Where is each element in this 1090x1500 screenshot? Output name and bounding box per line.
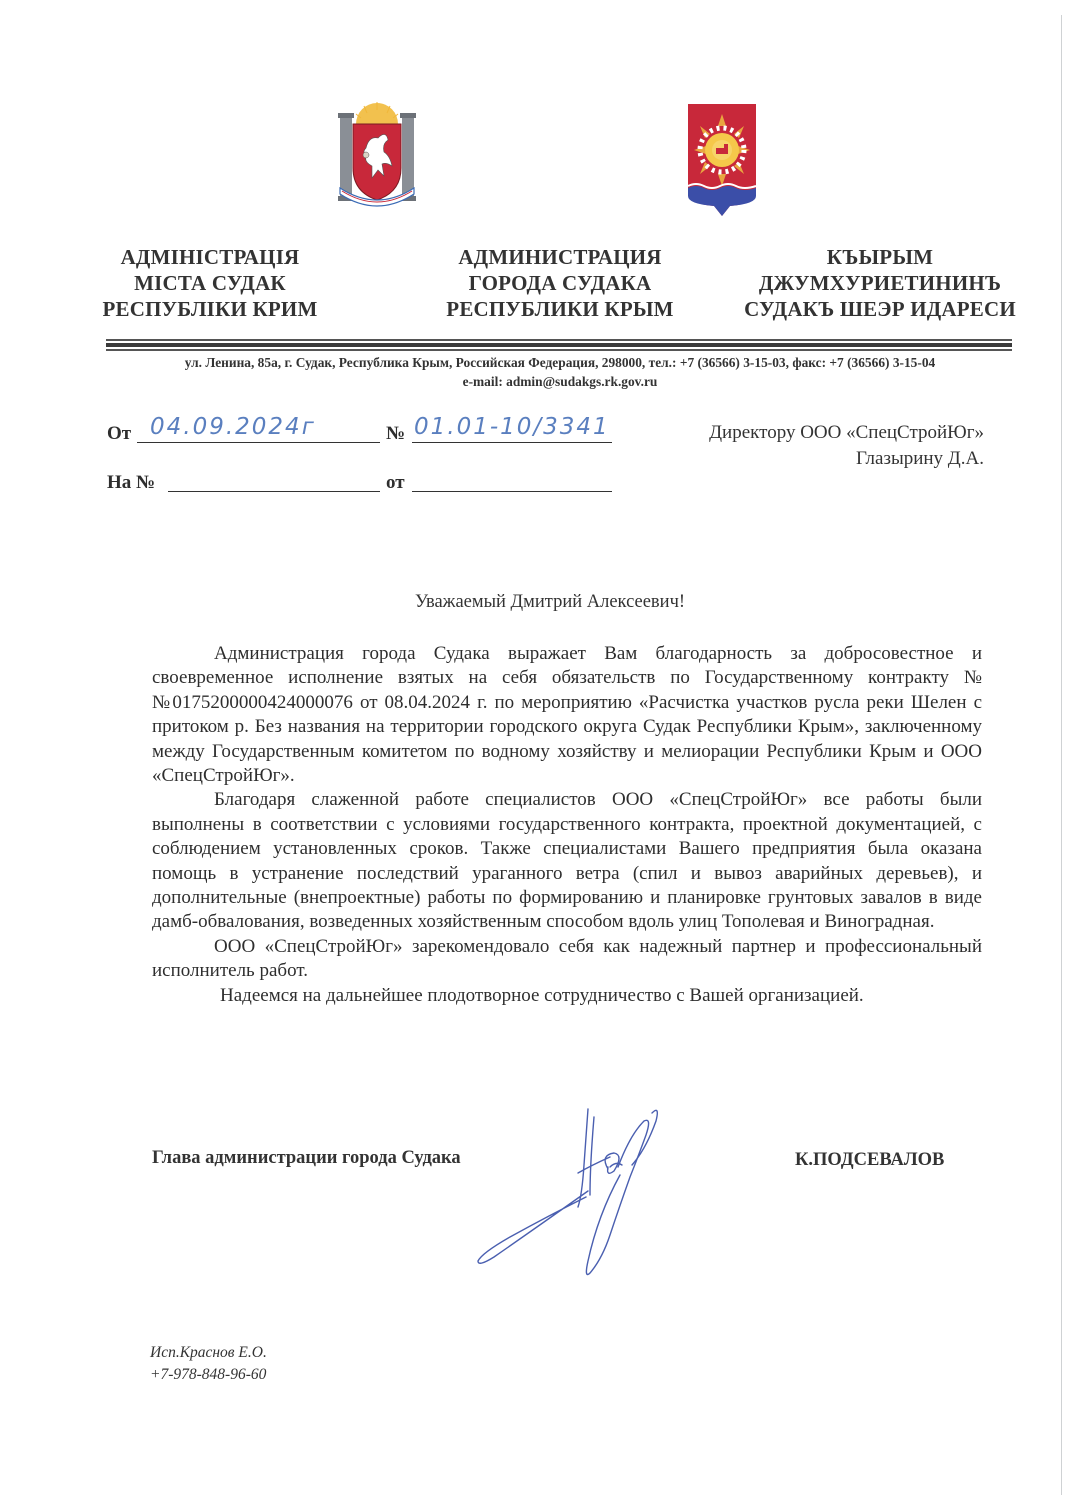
letterhead-divider — [106, 339, 1012, 341]
scan-edge-line — [1061, 15, 1062, 1495]
letterhead-line: РЕСПУБЛІКИ КРИМ — [100, 296, 320, 322]
body-paragraph: Надеемся на дальнейшее плодотворное сотр… — [152, 984, 982, 1008]
letterhead-line: ГОРОДА СУДАКА — [440, 270, 680, 296]
sudak-coat-of-arms-icon — [686, 100, 758, 218]
crimea-coat-of-arms-icon — [336, 100, 418, 212]
reply-to-line — [168, 491, 380, 492]
signatory-title: Глава администрации города Судака — [152, 1148, 461, 1169]
number-line — [412, 442, 612, 443]
salutation: Уважаемый Дмитрий Алексеевич! — [0, 592, 1090, 613]
addressee-position: Директору ООО «СпецСтройЮг» — [709, 420, 984, 446]
letter-page: АДМІНІСТРАЦІЯ МІСТА СУДАК РЕСПУБЛІКИ КРИ… — [0, 0, 1090, 1500]
signatory-name: К.ПОДСЕВАЛОВ — [795, 1150, 944, 1171]
reply-from-line — [412, 491, 612, 492]
number-label: № — [386, 423, 405, 445]
letterhead-divider — [106, 343, 1012, 347]
letterhead-line: РЕСПУБЛИКИ КРЫМ — [440, 296, 680, 322]
letterhead-address: ул. Ленина, 85а, г. Судак, Республика Кр… — [100, 355, 1020, 371]
letterhead-ukrainian: АДМІНІСТРАЦІЯ МІСТА СУДАК РЕСПУБЛІКИ КРИ… — [100, 244, 320, 322]
addressee-name: Глазырину Д.А. — [709, 446, 984, 472]
letterhead-divider — [106, 349, 1012, 351]
letterhead-line: КЪЫРЫМ — [740, 244, 1020, 270]
letterhead-line: СУДАКЪ ШЕЭР ИДАРЕСИ — [740, 296, 1020, 322]
from-date-label: От — [107, 423, 131, 445]
letterhead-email: e-mail: admin@sudakgs.rk.gov.ru — [100, 374, 1020, 390]
body-paragraph: Благодаря слаженной работе специалистов … — [152, 788, 982, 934]
letterhead-line: АДМІНІСТРАЦІЯ — [100, 244, 320, 270]
body-paragraph: ООО «СпецСтройЮг» зарекомендовало себя к… — [152, 935, 982, 984]
letter-body: Администрация города Судака выражает Вам… — [152, 642, 982, 1008]
letterhead-russian: АДМИНИСТРАЦИЯ ГОРОДА СУДАКА РЕСПУБЛИКИ К… — [440, 244, 680, 322]
number-value: 01.01-10/3341 — [414, 414, 610, 440]
from-date-line — [137, 442, 380, 443]
letterhead-line: МІСТА СУДАК — [100, 270, 320, 296]
executor-name: Исп.Краснов Е.О. — [150, 1342, 267, 1364]
letterhead-crimean-tatar: КЪЫРЫМ ДЖУМХУРИЕТИНИНЪ СУДАКЪ ШЕЭР ИДАРЕ… — [740, 244, 1020, 322]
letterhead-line: АДМИНИСТРАЦИЯ — [440, 244, 680, 270]
letterhead-line: ДЖУМХУРИЕТИНИНЪ — [740, 270, 1020, 296]
body-paragraph: Администрация города Судака выражает Вам… — [152, 642, 982, 788]
addressee: Директору ООО «СпецСтройЮг» Глазырину Д.… — [709, 420, 984, 472]
reply-from-label: от — [386, 472, 405, 494]
handwritten-signature-icon — [460, 1095, 760, 1295]
executor-info: Исп.Краснов Е.О. +7-978-848-96-60 — [150, 1342, 267, 1386]
executor-phone: +7-978-848-96-60 — [150, 1364, 267, 1386]
reply-to-label: На № — [107, 472, 155, 494]
from-date-value: 04.09.2024г — [150, 414, 316, 440]
